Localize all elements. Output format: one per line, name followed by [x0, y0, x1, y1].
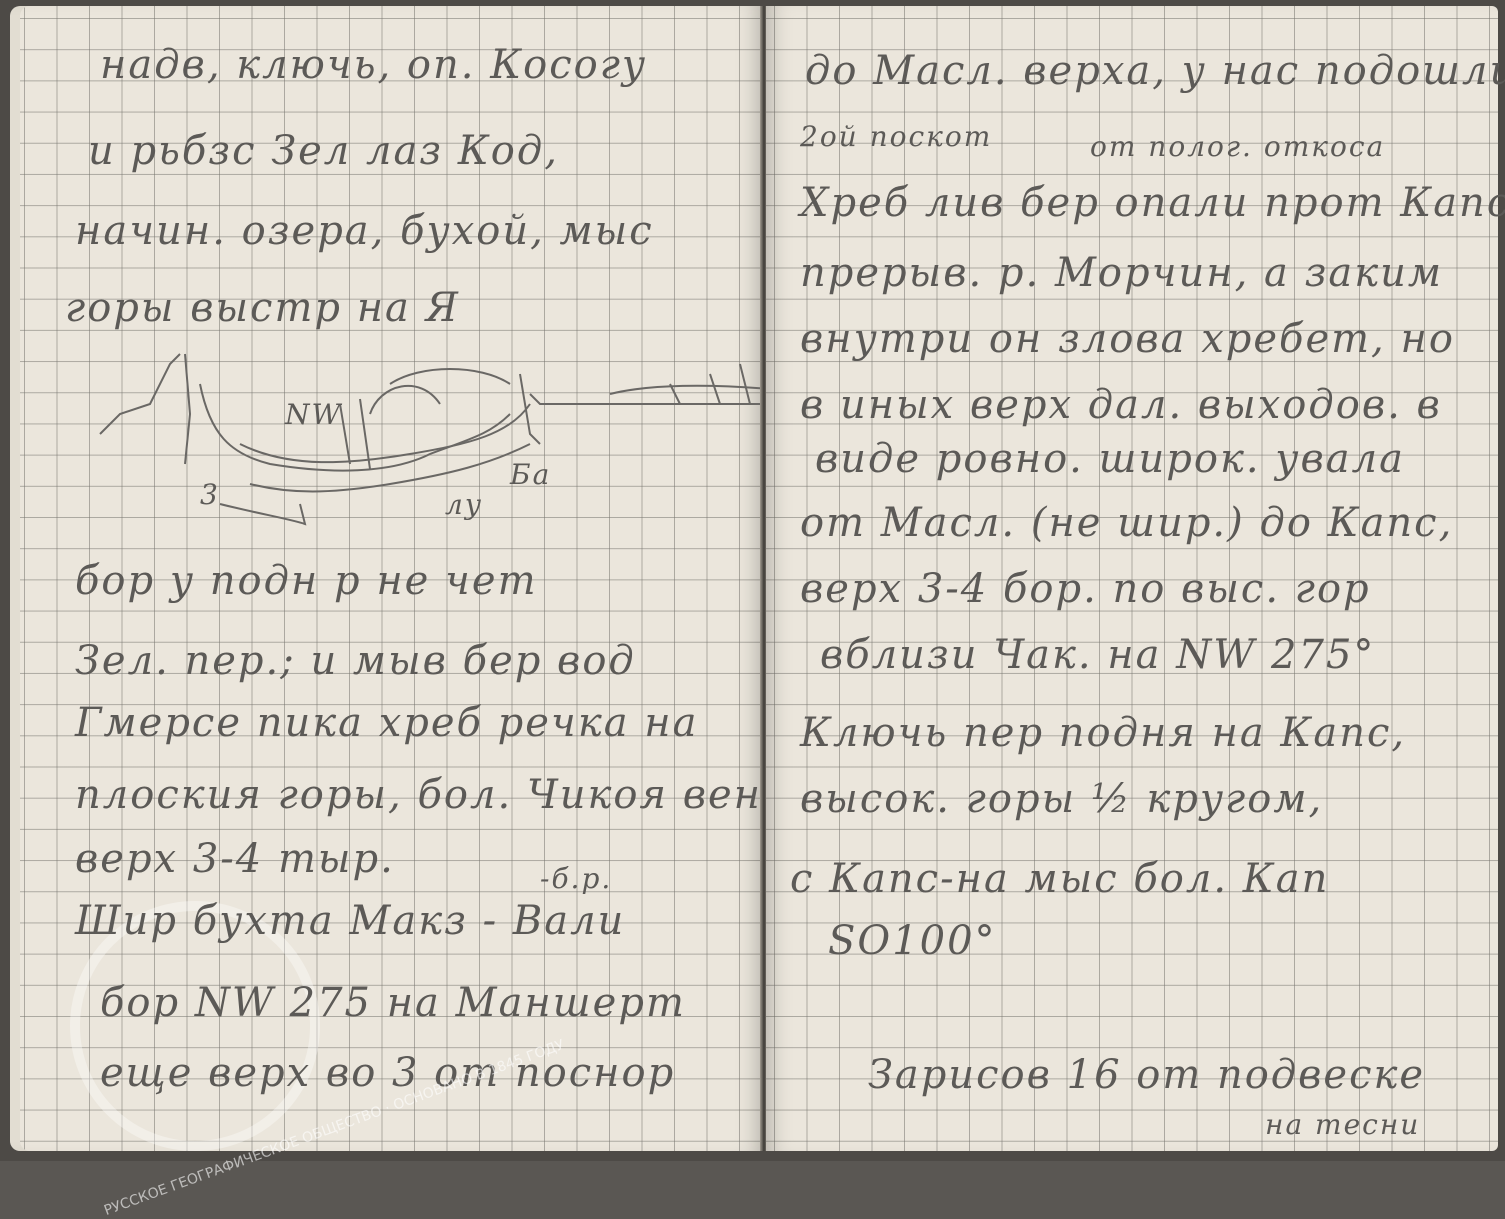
- right-line-6: внутри он злова хребет, но: [800, 316, 1455, 362]
- left-line-3: начин. озера, бухой, мыс: [75, 208, 654, 254]
- sketch-label-ba: Ба: [510, 458, 551, 491]
- right-line-7: в иных верх дал. выходов. в: [800, 382, 1442, 428]
- right-line-2: 2ой поскот: [800, 120, 992, 153]
- right-line-11: вблизи Чак. на NW 275°: [820, 632, 1375, 678]
- left-line-8: плоския горы, бол. Чикоя вен: [75, 772, 762, 818]
- left-line-1: надв, ключь, оп. Косогу: [100, 42, 647, 88]
- right-line-1: до Масл. верха, у нас подошли: [805, 48, 1505, 94]
- right-line-17: на тесни: [1265, 1108, 1420, 1141]
- right-line-9: от Масл. (не шир.) до Капс,: [800, 500, 1453, 546]
- right-line-16: Зарисов 16 от подвеске: [868, 1052, 1425, 1098]
- right-line-15: SO100°: [828, 918, 997, 964]
- left-line-6: Зел. пер.; и мыв бер вод: [75, 638, 636, 684]
- sketch-label-nw: NW: [285, 398, 342, 431]
- left-line-10: Шир бухта Макз - Вали: [75, 898, 625, 944]
- right-line-5: прерыв. р. Морчин, а заким: [800, 250, 1443, 296]
- right-line-8: виде ровно. широк. увала: [815, 436, 1405, 482]
- left-line-7: Гмерсе пика хреб речка на: [75, 700, 698, 746]
- right-line-3: от полог. откоса: [1090, 130, 1385, 163]
- sketch-label-lu: лу: [445, 488, 483, 521]
- right-line-12: Ключь пер подня на Капс,: [800, 710, 1406, 756]
- terrain-sketch: [90, 344, 762, 544]
- left-line-11: бор NW 275 на Маншерт: [100, 980, 686, 1026]
- sketch-label-3: 3: [200, 478, 220, 511]
- left-line-12: еще верх во 3 от поснор: [100, 1050, 675, 1096]
- right-line-14: с Капс-на мыс бол. Кап: [790, 856, 1329, 902]
- left-line-2: и рьбзс Зел лаз Код,: [88, 128, 559, 174]
- left-line-9: верх 3-4 тыр.: [75, 836, 395, 882]
- left-annotation: -б.р.: [540, 862, 612, 895]
- right-line-4: Хреб лив бер опали прот Капса: [800, 180, 1505, 226]
- left-line-4: горы выстр на Я: [65, 285, 460, 331]
- left-line-5: бор у подн р не чет: [75, 558, 538, 604]
- right-line-10: верх 3-4 бор. по выс. гор: [800, 566, 1371, 612]
- right-line-13: высок. горы ½ кругом,: [800, 776, 1323, 822]
